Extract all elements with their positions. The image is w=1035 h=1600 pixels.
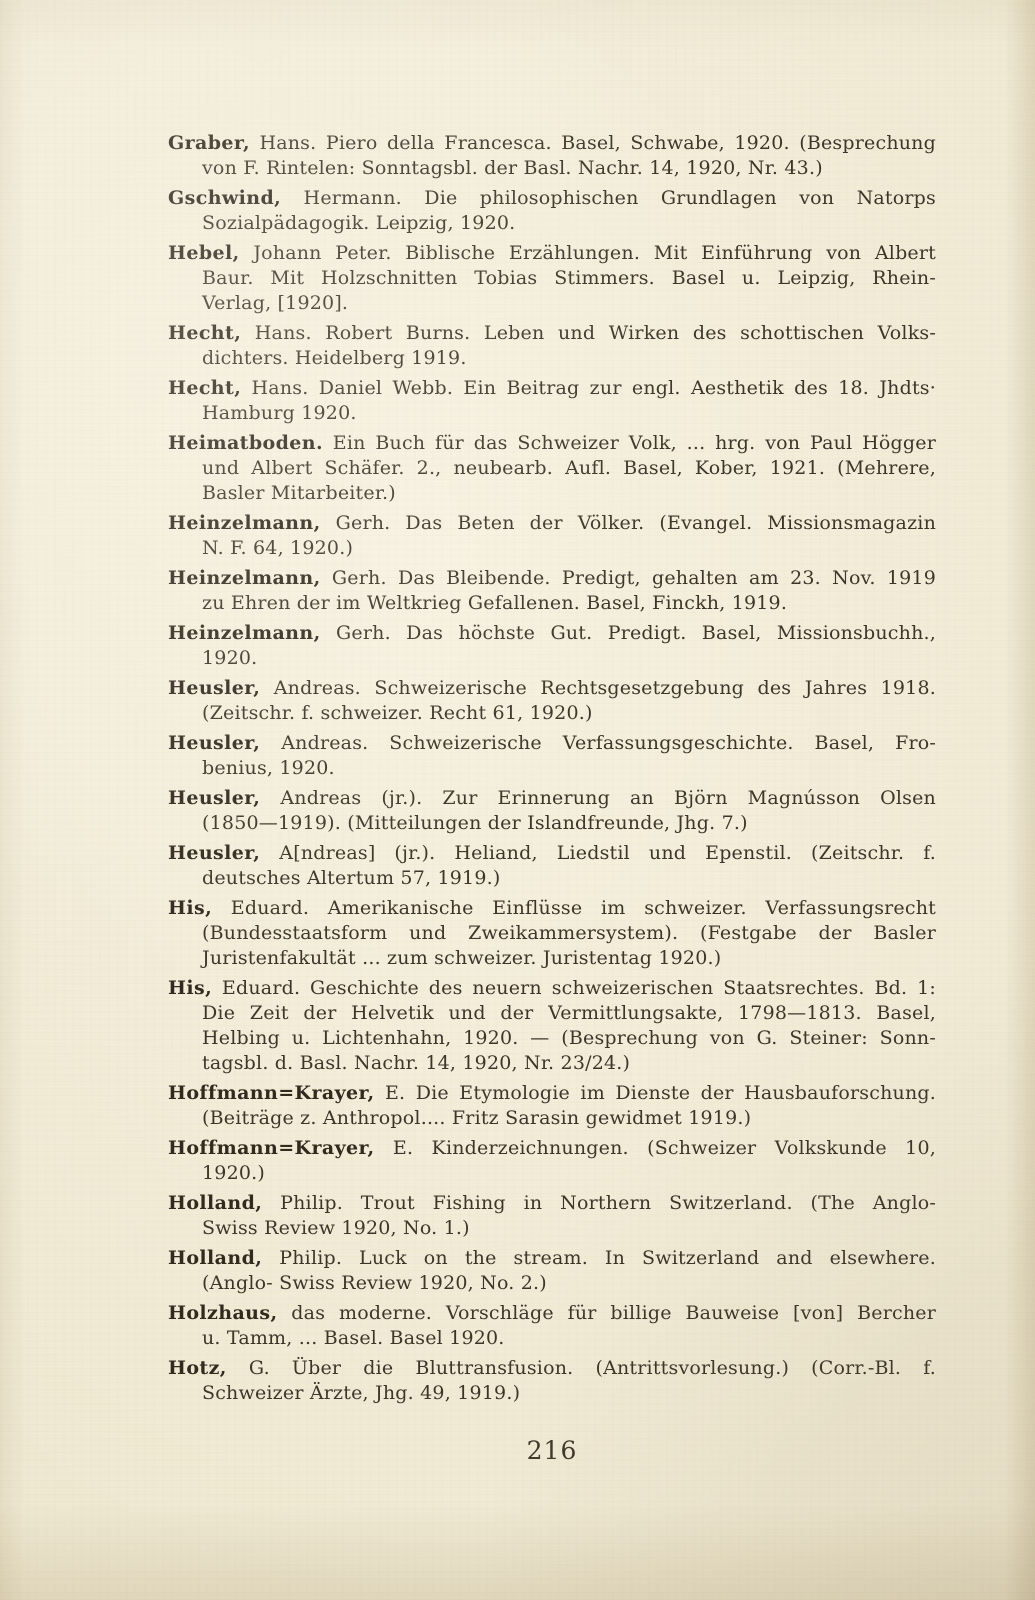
entry-line: His, Eduard. Geschichte des neuern schwe… bbox=[168, 976, 936, 1001]
entry-line: deutsches Altertum 57, 1919.) bbox=[202, 866, 936, 891]
entry-line: Basler Mitarbeiter.) bbox=[202, 481, 936, 506]
entry-line: Juristenfakultät ... zum schweizer. Juri… bbox=[202, 946, 936, 971]
bibliography-entry: Heinzelmann, Gerh. Das Bleibende. Predig… bbox=[168, 566, 936, 616]
bibliography-entry: His, Eduard. Amerikanische Einflüsse im … bbox=[168, 896, 936, 971]
bibliography-entry: Hotz, G. Über die Bluttransfusion. (Antr… bbox=[168, 1356, 936, 1406]
entry-headword: Heimatboden. bbox=[168, 432, 323, 454]
entry-headword: Hotz, bbox=[168, 1357, 227, 1379]
entry-line: Baur. Mit Holzschnitten Tobias Stimmers.… bbox=[202, 266, 936, 291]
bibliography-entry: Heusler, A[ndreas] (jr.). Heliand, Lieds… bbox=[168, 841, 936, 891]
bibliography-entry: Hecht, Hans. Daniel Webb. Ein Beitrag zu… bbox=[168, 376, 936, 426]
entry-line: Hoffmann=Krayer, E. Kinderzeichnungen. (… bbox=[168, 1136, 936, 1161]
entry-line: (Beiträge z. Anthropol.... Fritz Sarasin… bbox=[202, 1106, 936, 1131]
bibliography-entry: Hecht, Hans. Robert Burns. Leben und Wir… bbox=[168, 321, 936, 371]
entry-headword: Heusler, bbox=[168, 842, 260, 864]
entry-headword: His, bbox=[168, 977, 212, 999]
entry-line: Hecht, Hans. Robert Burns. Leben und Wir… bbox=[168, 321, 936, 346]
entry-line: Heimatboden. Ein Buch für das Schweizer … bbox=[168, 431, 936, 456]
entry-line: Hoffmann=Krayer, E. Die Etymologie im Di… bbox=[168, 1081, 936, 1106]
entry-line: Holland, Philip. Trout Fishing in Northe… bbox=[168, 1191, 936, 1216]
bibliography-list: Graber, Hans. Piero della Francesca. Bas… bbox=[168, 131, 936, 1406]
entry-line: Hebel, Johann Peter. Biblische Erzählung… bbox=[168, 241, 936, 266]
entry-line: benius, 1920. bbox=[202, 756, 936, 781]
bibliography-entry: Holzhaus, das moderne. Vorschläge für bi… bbox=[168, 1301, 936, 1351]
entry-headword: Graber, bbox=[168, 132, 250, 154]
entry-line: und Albert Schäfer. 2., neubearb. Aufl. … bbox=[202, 456, 936, 481]
entry-line: Gschwind, Hermann. Die philosophischen G… bbox=[168, 186, 936, 211]
entry-headword: Heusler, bbox=[168, 787, 260, 809]
entry-line: Hecht, Hans. Daniel Webb. Ein Beitrag zu… bbox=[168, 376, 936, 401]
entry-line: Heusler, A[ndreas] (jr.). Heliand, Lieds… bbox=[168, 841, 936, 866]
entry-line: Hotz, G. Über die Bluttransfusion. (Antr… bbox=[168, 1356, 936, 1381]
page-number: 216 bbox=[168, 1436, 936, 1465]
entry-line: u. Tamm, ... Basel. Basel 1920. bbox=[202, 1326, 936, 1351]
entry-line: Verlag, [1920]. bbox=[202, 291, 936, 316]
entry-line: 1920. bbox=[202, 646, 936, 671]
entry-line: von F. Rintelen: Sonntagsbl. der Basl. N… bbox=[202, 156, 936, 181]
entry-headword: Holzhaus, bbox=[168, 1302, 277, 1324]
entry-headword: Hecht, bbox=[168, 322, 241, 344]
entry-line: Swiss Review 1920, No. 1.) bbox=[202, 1216, 936, 1241]
entry-line: Schweizer Ärzte, Jhg. 49, 1919.) bbox=[202, 1381, 936, 1406]
bibliography-entry: Heusler, Andreas (jr.). Zur Erinnerung a… bbox=[168, 786, 936, 836]
entry-headword: Heinzelmann, bbox=[168, 567, 321, 589]
entry-line: Sozialpädagogik. Leipzig, 1920. bbox=[202, 211, 936, 236]
entry-line: Helbing u. Lichtenhahn, 1920. — (Besprec… bbox=[202, 1026, 936, 1051]
entry-headword: Heusler, bbox=[168, 677, 260, 699]
bibliography-entry: Hebel, Johann Peter. Biblische Erzählung… bbox=[168, 241, 936, 316]
scanned-book-page: Graber, Hans. Piero della Francesca. Bas… bbox=[0, 0, 1035, 1600]
entry-headword: His, bbox=[168, 897, 212, 919]
bibliography-entry: Heimatboden. Ein Buch für das Schweizer … bbox=[168, 431, 936, 506]
entry-line: (Bundesstaatsform und Zweikammersystem).… bbox=[202, 921, 936, 946]
bibliography-entry: Hoffmann=Krayer, E. Die Etymologie im Di… bbox=[168, 1081, 936, 1131]
bibliography-entry: Heusler, Andreas. Schweizerische Rechtsg… bbox=[168, 676, 936, 726]
entry-headword: Holland, bbox=[168, 1247, 262, 1269]
bibliography-entry: Gschwind, Hermann. Die philosophischen G… bbox=[168, 186, 936, 236]
entry-line: (1850—1919). (Mitteilungen der Islandfre… bbox=[202, 811, 936, 836]
entry-headword: Holland, bbox=[168, 1192, 262, 1214]
entry-line: Die Zeit der Helvetik und der Vermittlun… bbox=[202, 1001, 936, 1026]
entry-line: Heinzelmann, Gerh. Das Bleibende. Predig… bbox=[168, 566, 936, 591]
entry-line: Holzhaus, das moderne. Vorschläge für bi… bbox=[168, 1301, 936, 1326]
entry-line: Heusler, Andreas. Schweizerische Verfass… bbox=[168, 731, 936, 756]
bibliography-entry: Heinzelmann, Gerh. Das Beten der Völker.… bbox=[168, 511, 936, 561]
entry-headword: Gschwind, bbox=[168, 187, 281, 209]
entry-line: Hamburg 1920. bbox=[202, 401, 936, 426]
entry-headword: Hoffmann=Krayer, bbox=[168, 1082, 375, 1104]
entry-line: Holland, Philip. Luck on the stream. In … bbox=[168, 1246, 936, 1271]
entry-line: Heinzelmann, Gerh. Das höchste Gut. Pred… bbox=[168, 621, 936, 646]
entry-line: dichters. Heidelberg 1919. bbox=[202, 346, 936, 371]
bibliography-entry: Holland, Philip. Trout Fishing in Northe… bbox=[168, 1191, 936, 1241]
entry-headword: Hecht, bbox=[168, 377, 241, 399]
entry-headword: Heinzelmann, bbox=[168, 622, 321, 644]
entry-headword: Heinzelmann, bbox=[168, 512, 321, 534]
entry-headword: Hebel, bbox=[168, 242, 240, 264]
bibliography-entry: Holland, Philip. Luck on the stream. In … bbox=[168, 1246, 936, 1296]
entry-line: Heinzelmann, Gerh. Das Beten der Völker.… bbox=[168, 511, 936, 536]
entry-line: His, Eduard. Amerikanische Einflüsse im … bbox=[168, 896, 936, 921]
entry-line: Heusler, Andreas (jr.). Zur Erinnerung a… bbox=[168, 786, 936, 811]
bibliography-entry: Graber, Hans. Piero della Francesca. Bas… bbox=[168, 131, 936, 181]
entry-line: tagsbl. d. Basl. Nachr. 14, 1920, Nr. 23… bbox=[202, 1051, 936, 1076]
entry-line: zu Ehren der im Weltkrieg Gefallenen. Ba… bbox=[202, 591, 936, 616]
entry-line: Heusler, Andreas. Schweizerische Rechtsg… bbox=[168, 676, 936, 701]
entry-headword: Hoffmann=Krayer, bbox=[168, 1137, 375, 1159]
bibliography-entry: Heusler, Andreas. Schweizerische Verfass… bbox=[168, 731, 936, 781]
entry-line: (Anglo- Swiss Review 1920, No. 2.) bbox=[202, 1271, 936, 1296]
entry-line: Graber, Hans. Piero della Francesca. Bas… bbox=[168, 131, 936, 156]
entry-line: (Zeitschr. f. schweizer. Recht 61, 1920.… bbox=[202, 701, 936, 726]
bibliography-entry: His, Eduard. Geschichte des neuern schwe… bbox=[168, 976, 936, 1076]
bibliography-entry: Heinzelmann, Gerh. Das höchste Gut. Pred… bbox=[168, 621, 936, 671]
entry-line: 1920.) bbox=[202, 1161, 936, 1186]
entry-line: N. F. 64, 1920.) bbox=[202, 536, 936, 561]
entry-headword: Heusler, bbox=[168, 732, 260, 754]
bibliography-entry: Hoffmann=Krayer, E. Kinderzeichnungen. (… bbox=[168, 1136, 936, 1186]
